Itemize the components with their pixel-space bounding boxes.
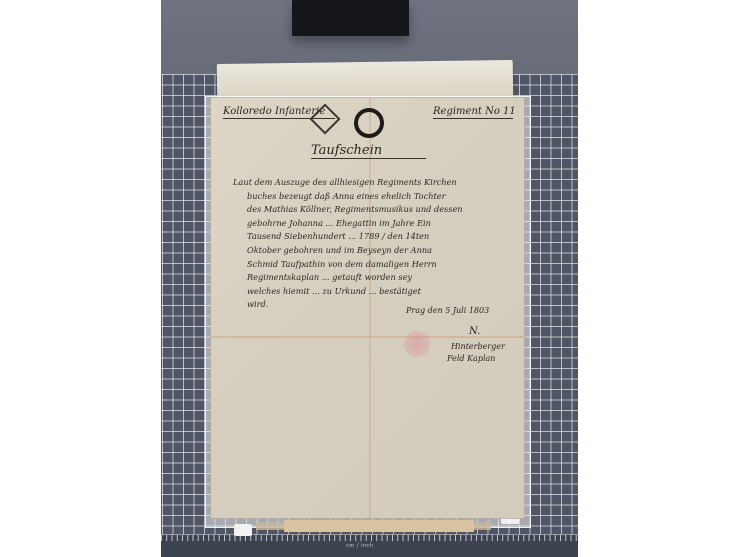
date-line: Prag den 5 Juli 1803: [406, 306, 489, 315]
historical-document: Kolloredo Infanterie Regiment No 11 Tauf…: [211, 98, 524, 518]
body-line: Laut dem Auszuge des allhiesigen Regimen…: [233, 176, 523, 190]
body-line: des Mathias Köllner, Regimentsmusikus un…: [233, 203, 523, 217]
body-line: buches bezeugt daß Anna eines ehelich To…: [233, 190, 523, 204]
body-line: gebohrne Johanna ... Ehegattin im Jahre …: [233, 217, 523, 231]
signature-initial: N.: [469, 326, 480, 337]
document-title: Taufschein: [311, 143, 426, 159]
header-right-text: Regiment No 11: [433, 106, 513, 119]
photograph: cm / inch Kolloredo Infanterie Regiment …: [161, 0, 578, 557]
body-line: Schmid Taufpathin von dem damaligen Herr…: [233, 258, 523, 272]
signature-title: Feld Kaplan: [447, 354, 495, 363]
round-stamp-icon: [354, 108, 384, 138]
clip-left: [234, 524, 252, 536]
body-line: welches hiemit ... zu Urkund ... bestäti…: [233, 285, 523, 299]
ruler: cm / inch: [161, 534, 578, 557]
document-body: Laut dem Auszuge des allhiesigen Regimen…: [233, 176, 523, 312]
red-wax-seal-icon: [404, 331, 430, 357]
body-line: Regimentskaplan ... getauft worden sey: [233, 271, 523, 285]
ruler-ticks: [161, 535, 578, 541]
body-line: Oktober gebohren und im Beyseyn der Anna: [233, 244, 523, 258]
ruler-label: cm / inch: [346, 543, 373, 549]
black-weight-block: [292, 0, 409, 36]
wooden-board: [284, 520, 474, 532]
signature-name: Hinterberger: [451, 342, 505, 351]
body-line: Tausend Siebenhundert ... 1789 / den 14t…: [233, 230, 523, 244]
